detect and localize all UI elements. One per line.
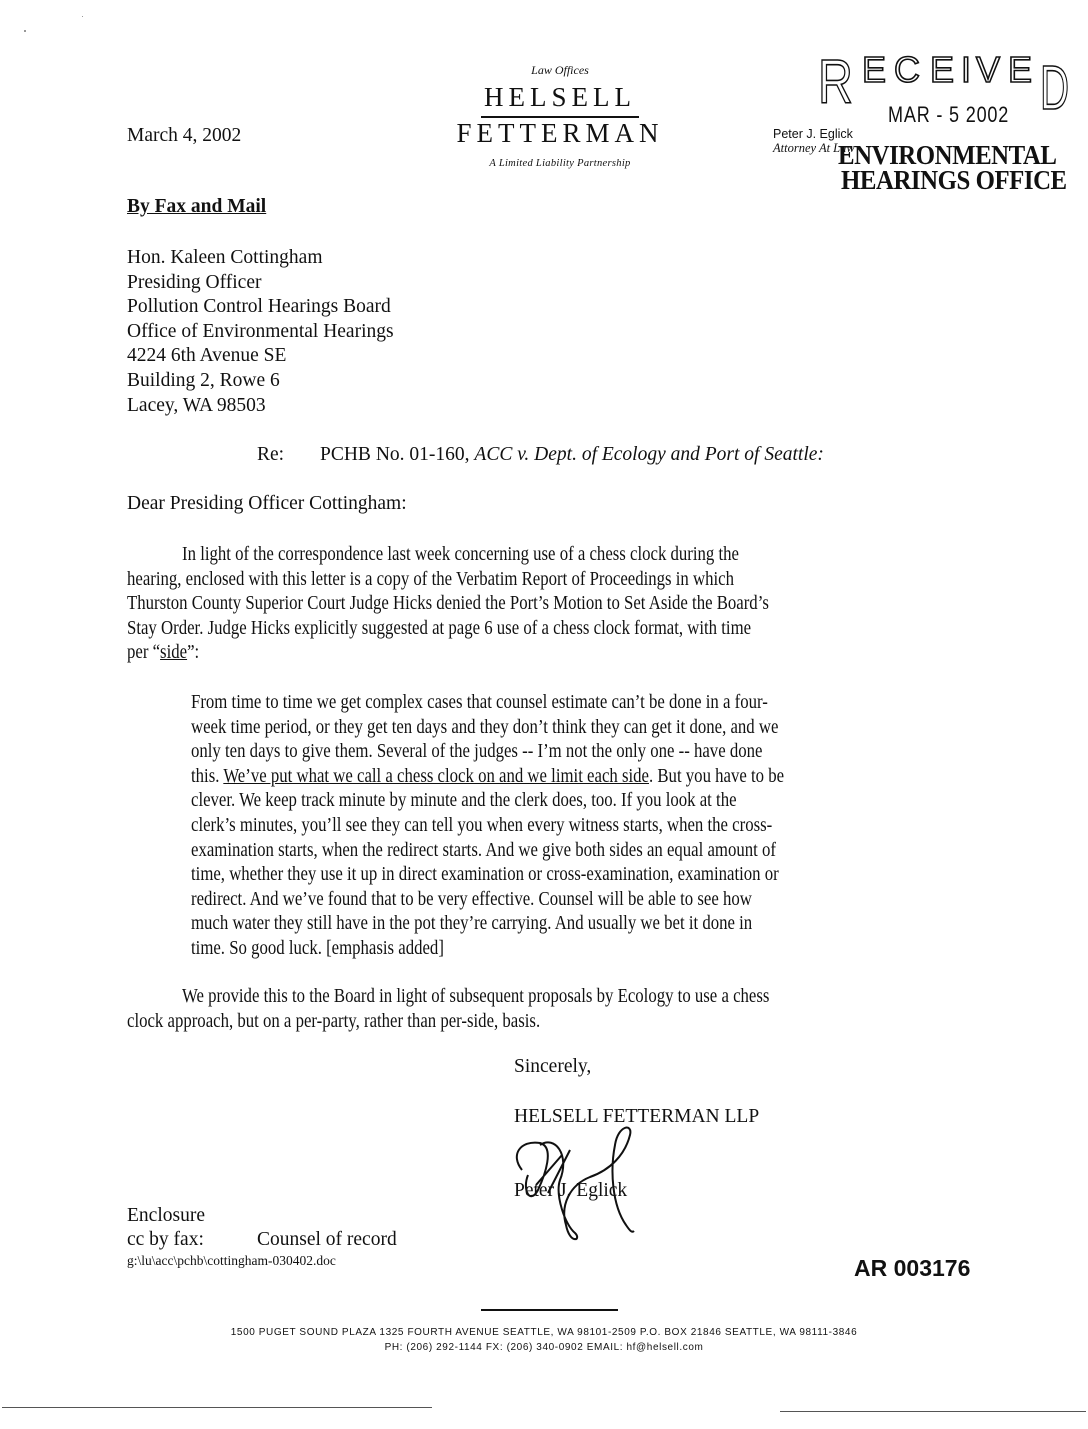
stamp-letter: E — [862, 49, 886, 91]
addressee-block: Hon. Kaleen Cottingham Presiding Officer… — [127, 246, 394, 418]
addressee-line: Lacey, WA 98503 — [127, 394, 394, 419]
attorney-name: Peter J. Eglick — [773, 127, 853, 141]
cc-recipients: Counsel of record — [257, 1229, 397, 1251]
re-subject: PCHB No. 01-160, ACC v. Dept. of Ecology… — [320, 444, 824, 466]
salutation: Dear Presiding Officer Cottingham: — [127, 493, 407, 515]
letter-date: March 4, 2002 — [127, 125, 241, 147]
emphasized-text: We’ve put what we call a chess clock on … — [223, 766, 649, 787]
handwritten-signature — [500, 1115, 670, 1245]
text-fragment: ”: — [187, 642, 199, 663]
text-fragment: . But you have to be — [649, 766, 784, 787]
paragraph-line: Thurston County Superior Court Judge Hic… — [127, 592, 769, 617]
scan-speck — [24, 30, 26, 32]
paragraph-line: In light of the correspondence last week… — [127, 543, 769, 568]
scan-edge-line — [2, 1407, 432, 1408]
addressee-line: Building 2, Rowe 6 — [127, 369, 394, 394]
closing: Sincerely, — [514, 1056, 591, 1078]
paragraph-intro: In light of the correspondence last week… — [127, 543, 769, 666]
re-case-name: ACC v. Dept. of Ecology and Port of Seat… — [474, 444, 824, 465]
paragraph-line: Stay Order. Judge Hicks explicitly sugge… — [127, 617, 769, 642]
stamp-office-line2: HEARINGS OFFICE — [841, 165, 1067, 196]
block-quote: From time to time we get complex cases t… — [191, 691, 784, 962]
scan-speck — [82, 16, 83, 17]
re-label: Re: — [257, 444, 284, 466]
paragraph-closing: We provide this to the Board in light of… — [127, 985, 769, 1034]
addressee-line: Presiding Officer — [127, 271, 394, 296]
footer-address: 1500 PUGET SOUND PLAZA 1325 FOURTH AVENU… — [0, 1327, 1088, 1338]
re-case-number: PCHB No. 01-160, — [320, 444, 474, 465]
enclosure-note: Enclosure — [127, 1205, 205, 1227]
underlined-word: side — [160, 642, 187, 663]
quote-line: much water they still have in the pot th… — [191, 912, 784, 937]
stamp-letter: R — [818, 47, 853, 118]
text-fragment: per “ — [127, 642, 160, 663]
quote-line: clever. We keep track minute by minute a… — [191, 789, 784, 814]
quote-line: redirect. And we’ve found that to be ver… — [191, 888, 784, 913]
quote-line: only ten days to give them. Several of t… — [191, 740, 784, 765]
stamp-letter: E — [1008, 49, 1032, 91]
letterhead-entity-type: A Limited Liability Partnership — [440, 158, 680, 169]
stamp-letter: C — [894, 49, 920, 91]
stamp-letter: I — [961, 49, 971, 91]
stamp-letter: V — [976, 49, 1000, 91]
quote-line: time, whether they use it up in direct e… — [191, 863, 784, 888]
paragraph-line: clock approach, but on a per-party, rath… — [127, 1010, 769, 1035]
footer-contact: PH: (206) 292-1144 FX: (206) 340-0902 EM… — [0, 1342, 1088, 1353]
quote-line: examination starts, when the redirect st… — [191, 839, 784, 864]
quote-line: From time to time we get complex cases t… — [191, 691, 784, 716]
stamp-date: MAR - 5 2002 — [888, 102, 1009, 128]
document-file-path: g:\lu\acc\pchb\cottingham-030402.doc — [127, 1253, 336, 1269]
letterhead-tagline: Law Offices — [440, 63, 680, 78]
stamp-letter: D — [1040, 53, 1069, 124]
scan-edge-line — [780, 1411, 1086, 1412]
addressee-line: Office of Environmental Hearings — [127, 320, 394, 345]
addressee-line: Hon. Kaleen Cottingham — [127, 246, 394, 271]
quote-line: time. So good luck. [emphasis added] — [191, 937, 784, 962]
delivery-method: By Fax and Mail — [127, 196, 266, 218]
addressee-line: Pollution Control Hearings Board — [127, 295, 394, 320]
paragraph-line: per “side”: — [127, 641, 769, 666]
quote-line: week time period, or they get ten days a… — [191, 716, 784, 741]
stamp-letter: E — [930, 49, 954, 91]
addressee-line: 4224 6th Avenue SE — [127, 344, 394, 369]
letterhead-firm-name-line1: HELSELL — [440, 82, 680, 113]
paragraph-line: hearing, enclosed with this letter is a … — [127, 568, 769, 593]
quote-line: this. We’ve put what we call a chess clo… — [191, 765, 784, 790]
letterhead-firm-name-line2: FETTERMAN — [440, 118, 680, 149]
footer-divider — [481, 1309, 618, 1311]
cc-label: cc by fax: — [127, 1229, 204, 1251]
quote-line: clerk’s minutes, you’ll see they can tel… — [191, 814, 784, 839]
bates-number: AR 003176 — [854, 1255, 970, 1282]
text-fragment: this. — [191, 766, 223, 787]
paragraph-line: We provide this to the Board in light of… — [127, 985, 769, 1010]
